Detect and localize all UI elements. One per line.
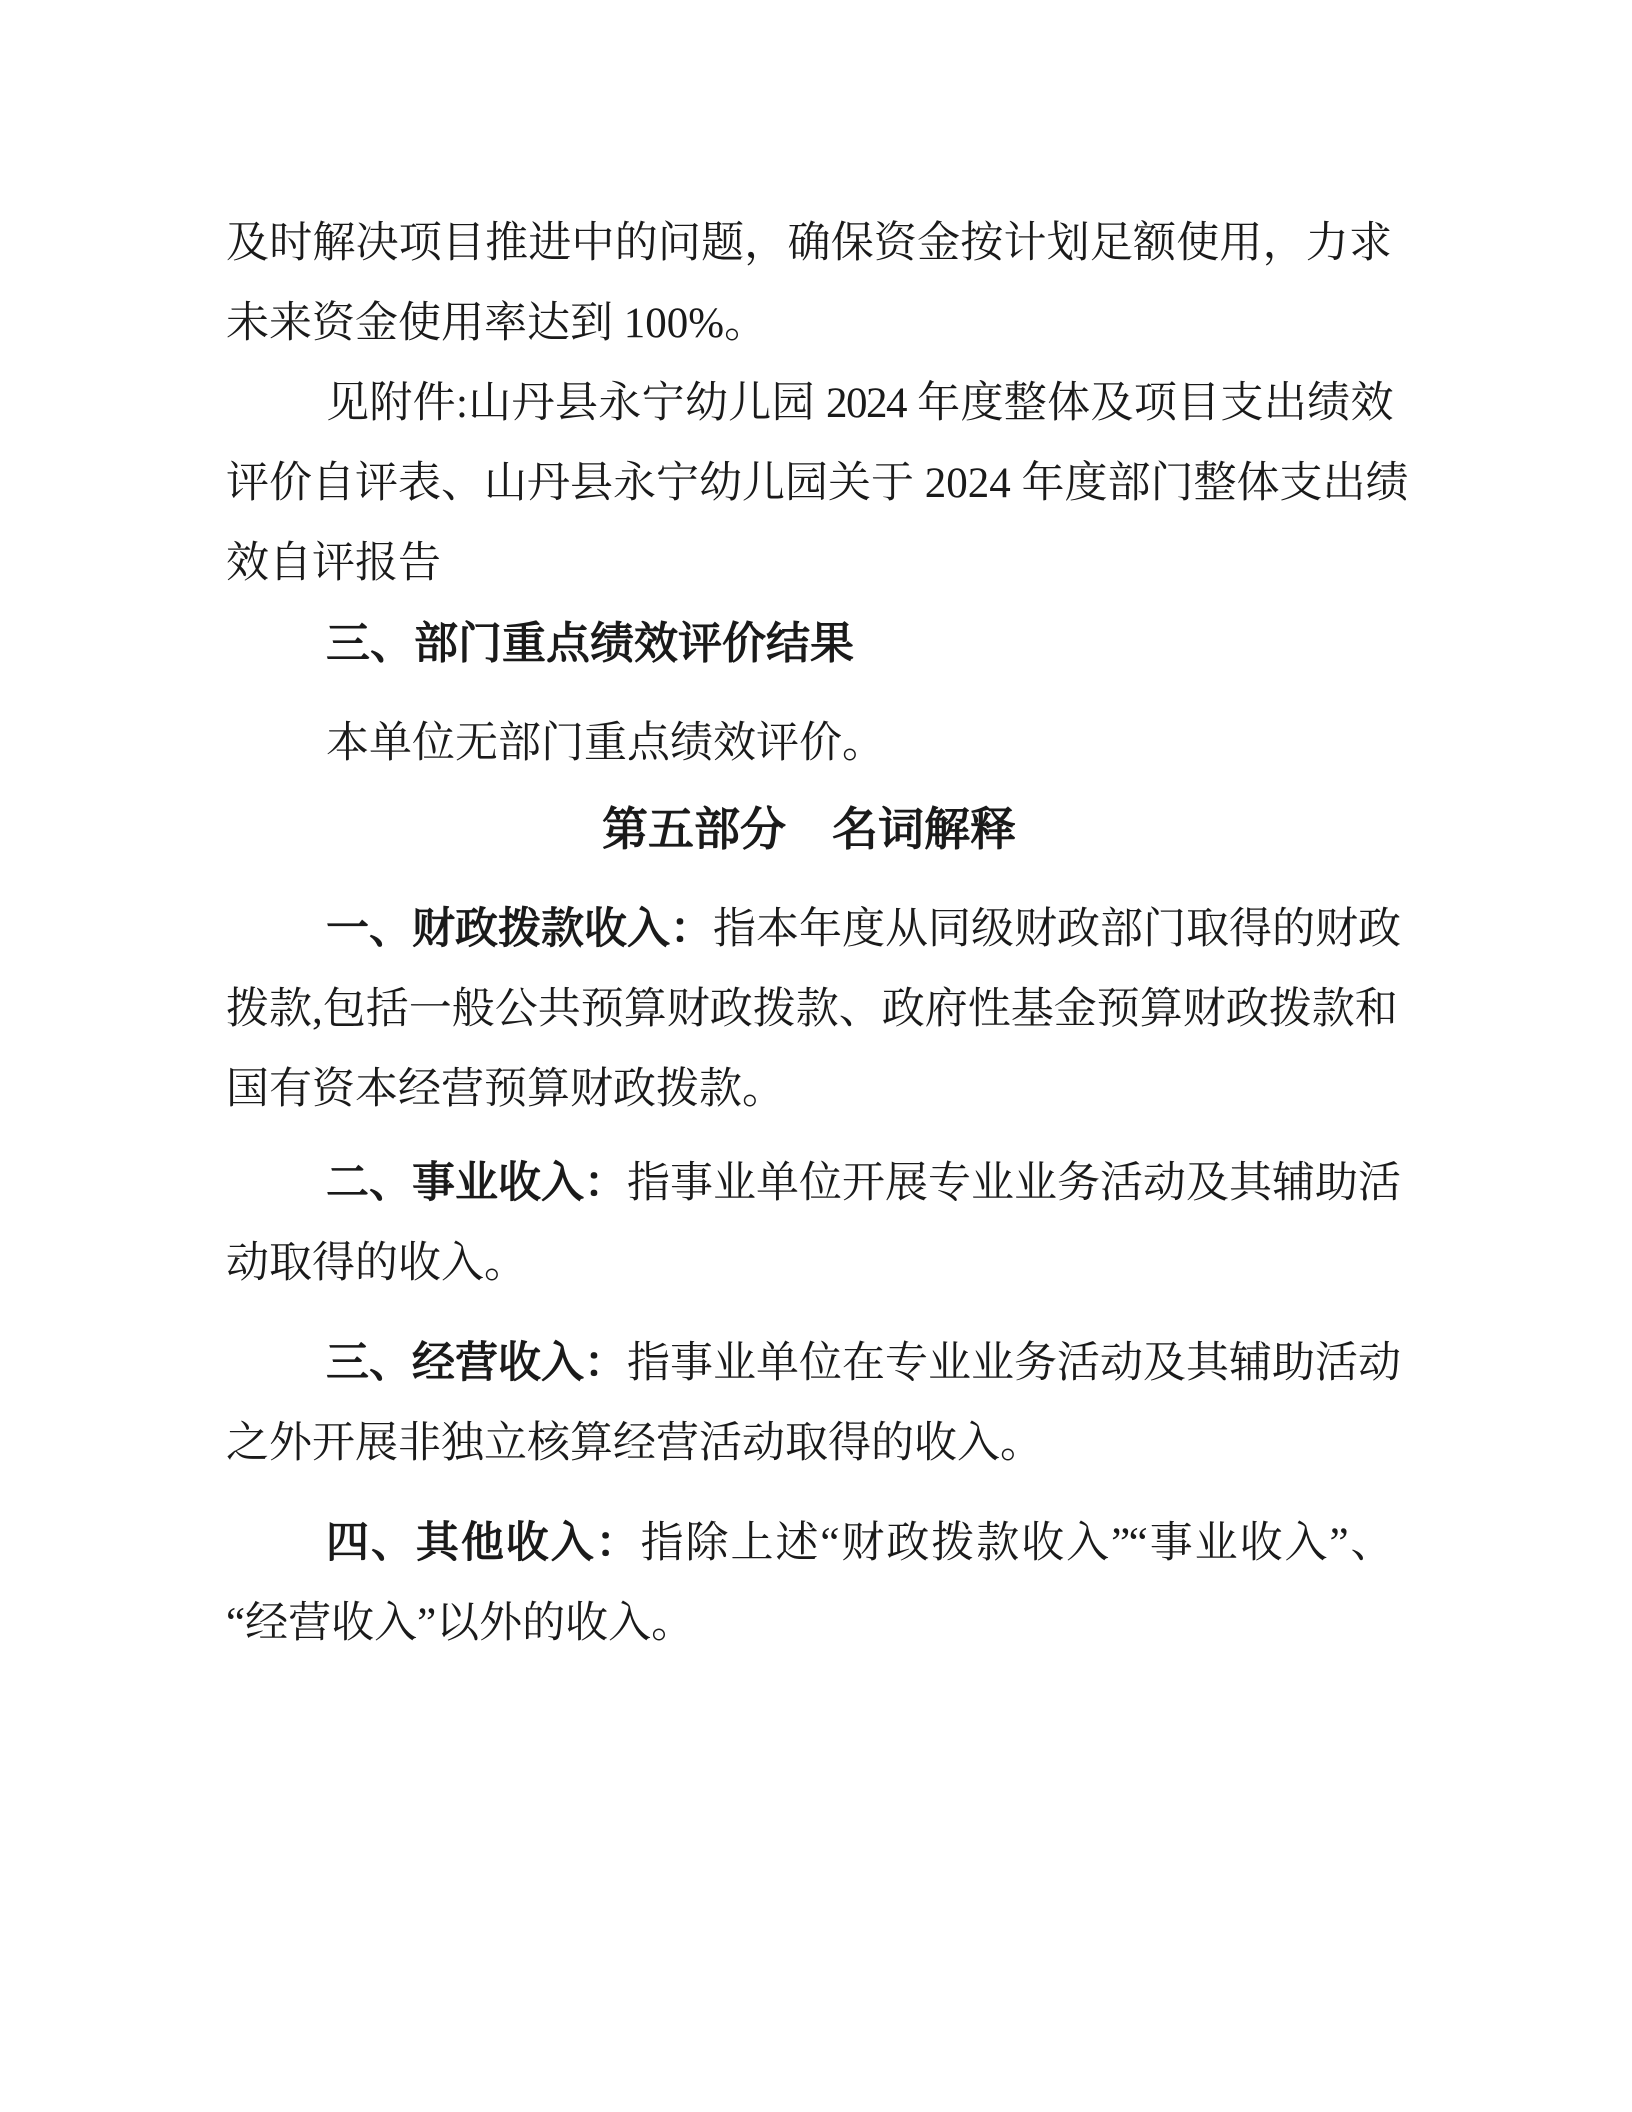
term-1-line-3: 国有资本经营预算财政拨款。 xyxy=(226,1050,1392,1130)
attachment-note-line-1: 见附件:山丹县永宁幼儿园 2024 年度整体及项目支出绩效 xyxy=(226,364,1392,444)
term-3-definition-start: 指事业单位在专业业务活动及其辅助活动 xyxy=(627,1340,1401,1387)
document-page: 及时解决项目推进中的问题，确保资金按计划足额使用，力求 未来资金使用率达到 10… xyxy=(0,0,1632,2112)
part-heading: 第五部分 名词解释 xyxy=(226,790,1392,870)
attachment-note-line-3: 效自评报告 xyxy=(226,524,1392,604)
term-1-line-2: 拨款,包括一般公共预算财政拨款、政府性基金预算财政拨款和 xyxy=(226,970,1392,1050)
term-3-line-2: 之外开展非独立核算经营活动取得的收入。 xyxy=(226,1404,1392,1484)
term-3-line-1: 三、经营收入：指事业单位在专业业务活动及其辅助活动 xyxy=(226,1324,1392,1404)
term-4-label: 四、其他收入： xyxy=(326,1520,641,1567)
term-1-line-1: 一、财政拨款收入：指本年度从同级财政部门取得的财政 xyxy=(226,890,1392,970)
term-4-line-2: “经营收入”以外的收入。 xyxy=(226,1584,1392,1664)
term-4-line-1: 四、其他收入：指除上述“财政拨款收入”“事业收入”、 xyxy=(226,1504,1392,1584)
section-heading: 三、部门重点绩效评价结果 xyxy=(226,604,1392,684)
term-2-label: 二、事业收入： xyxy=(326,1160,627,1207)
document-content: 及时解决项目推进中的问题，确保资金按计划足额使用，力求 未来资金使用率达到 10… xyxy=(226,204,1392,1664)
term-1-label: 一、财政拨款收入： xyxy=(326,906,713,953)
continuation-line-2: 未来资金使用率达到 100%。 xyxy=(226,284,1392,364)
term-2-definition-start: 指事业单位开展专业业务活动及其辅助活 xyxy=(627,1160,1401,1207)
term-2-line-2: 动取得的收入。 xyxy=(226,1224,1392,1304)
term-4-definition-start: 指除上述“财政拨款收入”“事业收入”、 xyxy=(641,1520,1392,1567)
term-3-label: 三、经营收入： xyxy=(326,1340,627,1387)
term-1-definition-start: 指本年度从同级财政部门取得的财政 xyxy=(713,906,1401,953)
term-2-line-1: 二、事业收入：指事业单位开展专业业务活动及其辅助活 xyxy=(226,1144,1392,1224)
attachment-note-line-2: 评价自评表、山丹县永宁幼儿园关于 2024 年度部门整体支出绩 xyxy=(226,444,1392,524)
section-body: 本单位无部门重点绩效评价。 xyxy=(226,704,1392,784)
continuation-line-1: 及时解决项目推进中的问题，确保资金按计划足额使用，力求 xyxy=(226,204,1392,284)
